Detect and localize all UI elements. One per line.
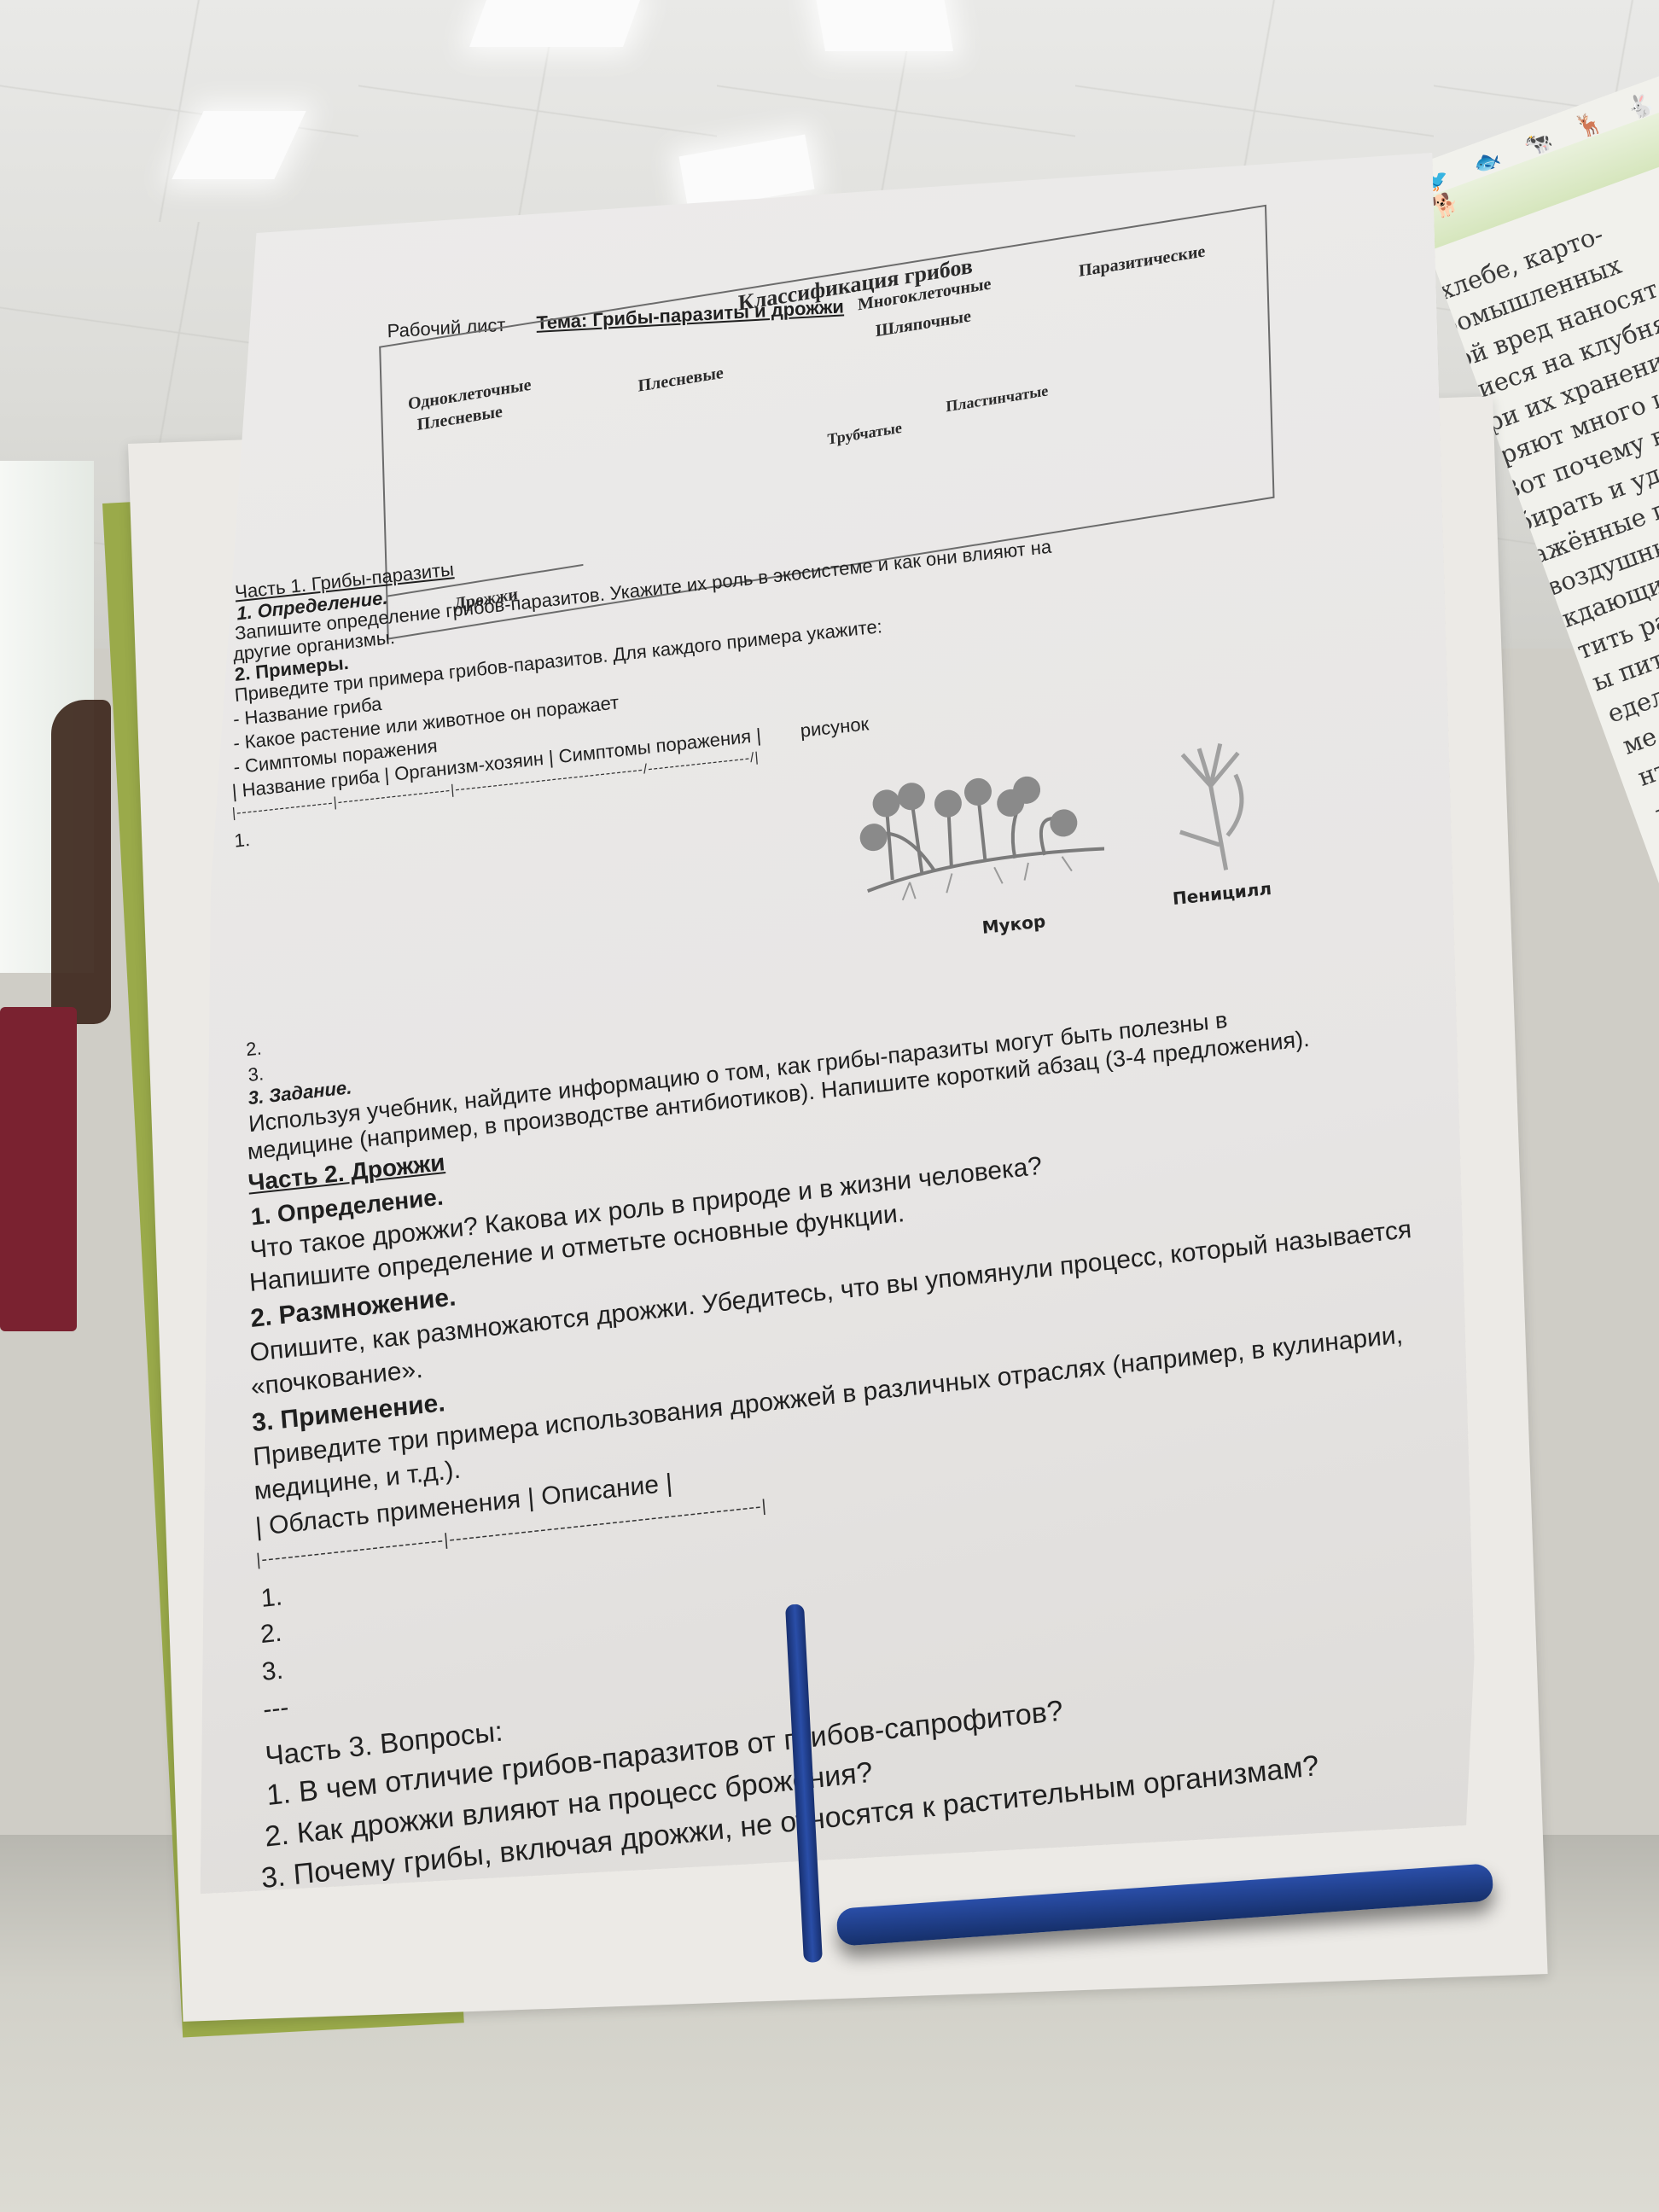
lamellar-header: Пластинчатые: [946, 381, 1048, 416]
part2-row: 3.: [261, 1656, 285, 1688]
cap-mushroom-header: Шляпочные: [876, 306, 971, 341]
part1-row: 2.: [245, 1037, 262, 1061]
person-hair: [51, 700, 111, 1024]
mucor-illustration: [850, 754, 1116, 917]
mucor-caption: Мукор: [981, 911, 1046, 938]
ceiling-lamp: [469, 0, 640, 47]
parasitic-column: Паразитические: [1044, 207, 1271, 532]
ceiling-lamp: [813, 0, 953, 51]
part2-row: 2.: [259, 1619, 283, 1650]
part1-row: 3.: [247, 1062, 265, 1086]
red-chair: [0, 1007, 77, 1331]
part1-row: 1.: [234, 829, 251, 853]
table-header-drawing: рисунок: [800, 713, 870, 741]
worksheet: Рабочий лист Тема: Грибы-паразиты и дрож…: [154, 153, 1479, 1894]
parasitic-header: Паразитические: [1079, 242, 1206, 282]
multicellular-mold-header: Плесневые: [637, 364, 724, 397]
tubular-header: Трубчатые: [827, 419, 902, 449]
part2-row: 1.: [260, 1582, 284, 1614]
penicillium-illustration: [1155, 727, 1295, 885]
lamellar-column: Пластинчатые: [928, 387, 1051, 550]
tubular-column: Трубчатые: [810, 406, 933, 570]
part2-separator: ---: [262, 1693, 290, 1725]
